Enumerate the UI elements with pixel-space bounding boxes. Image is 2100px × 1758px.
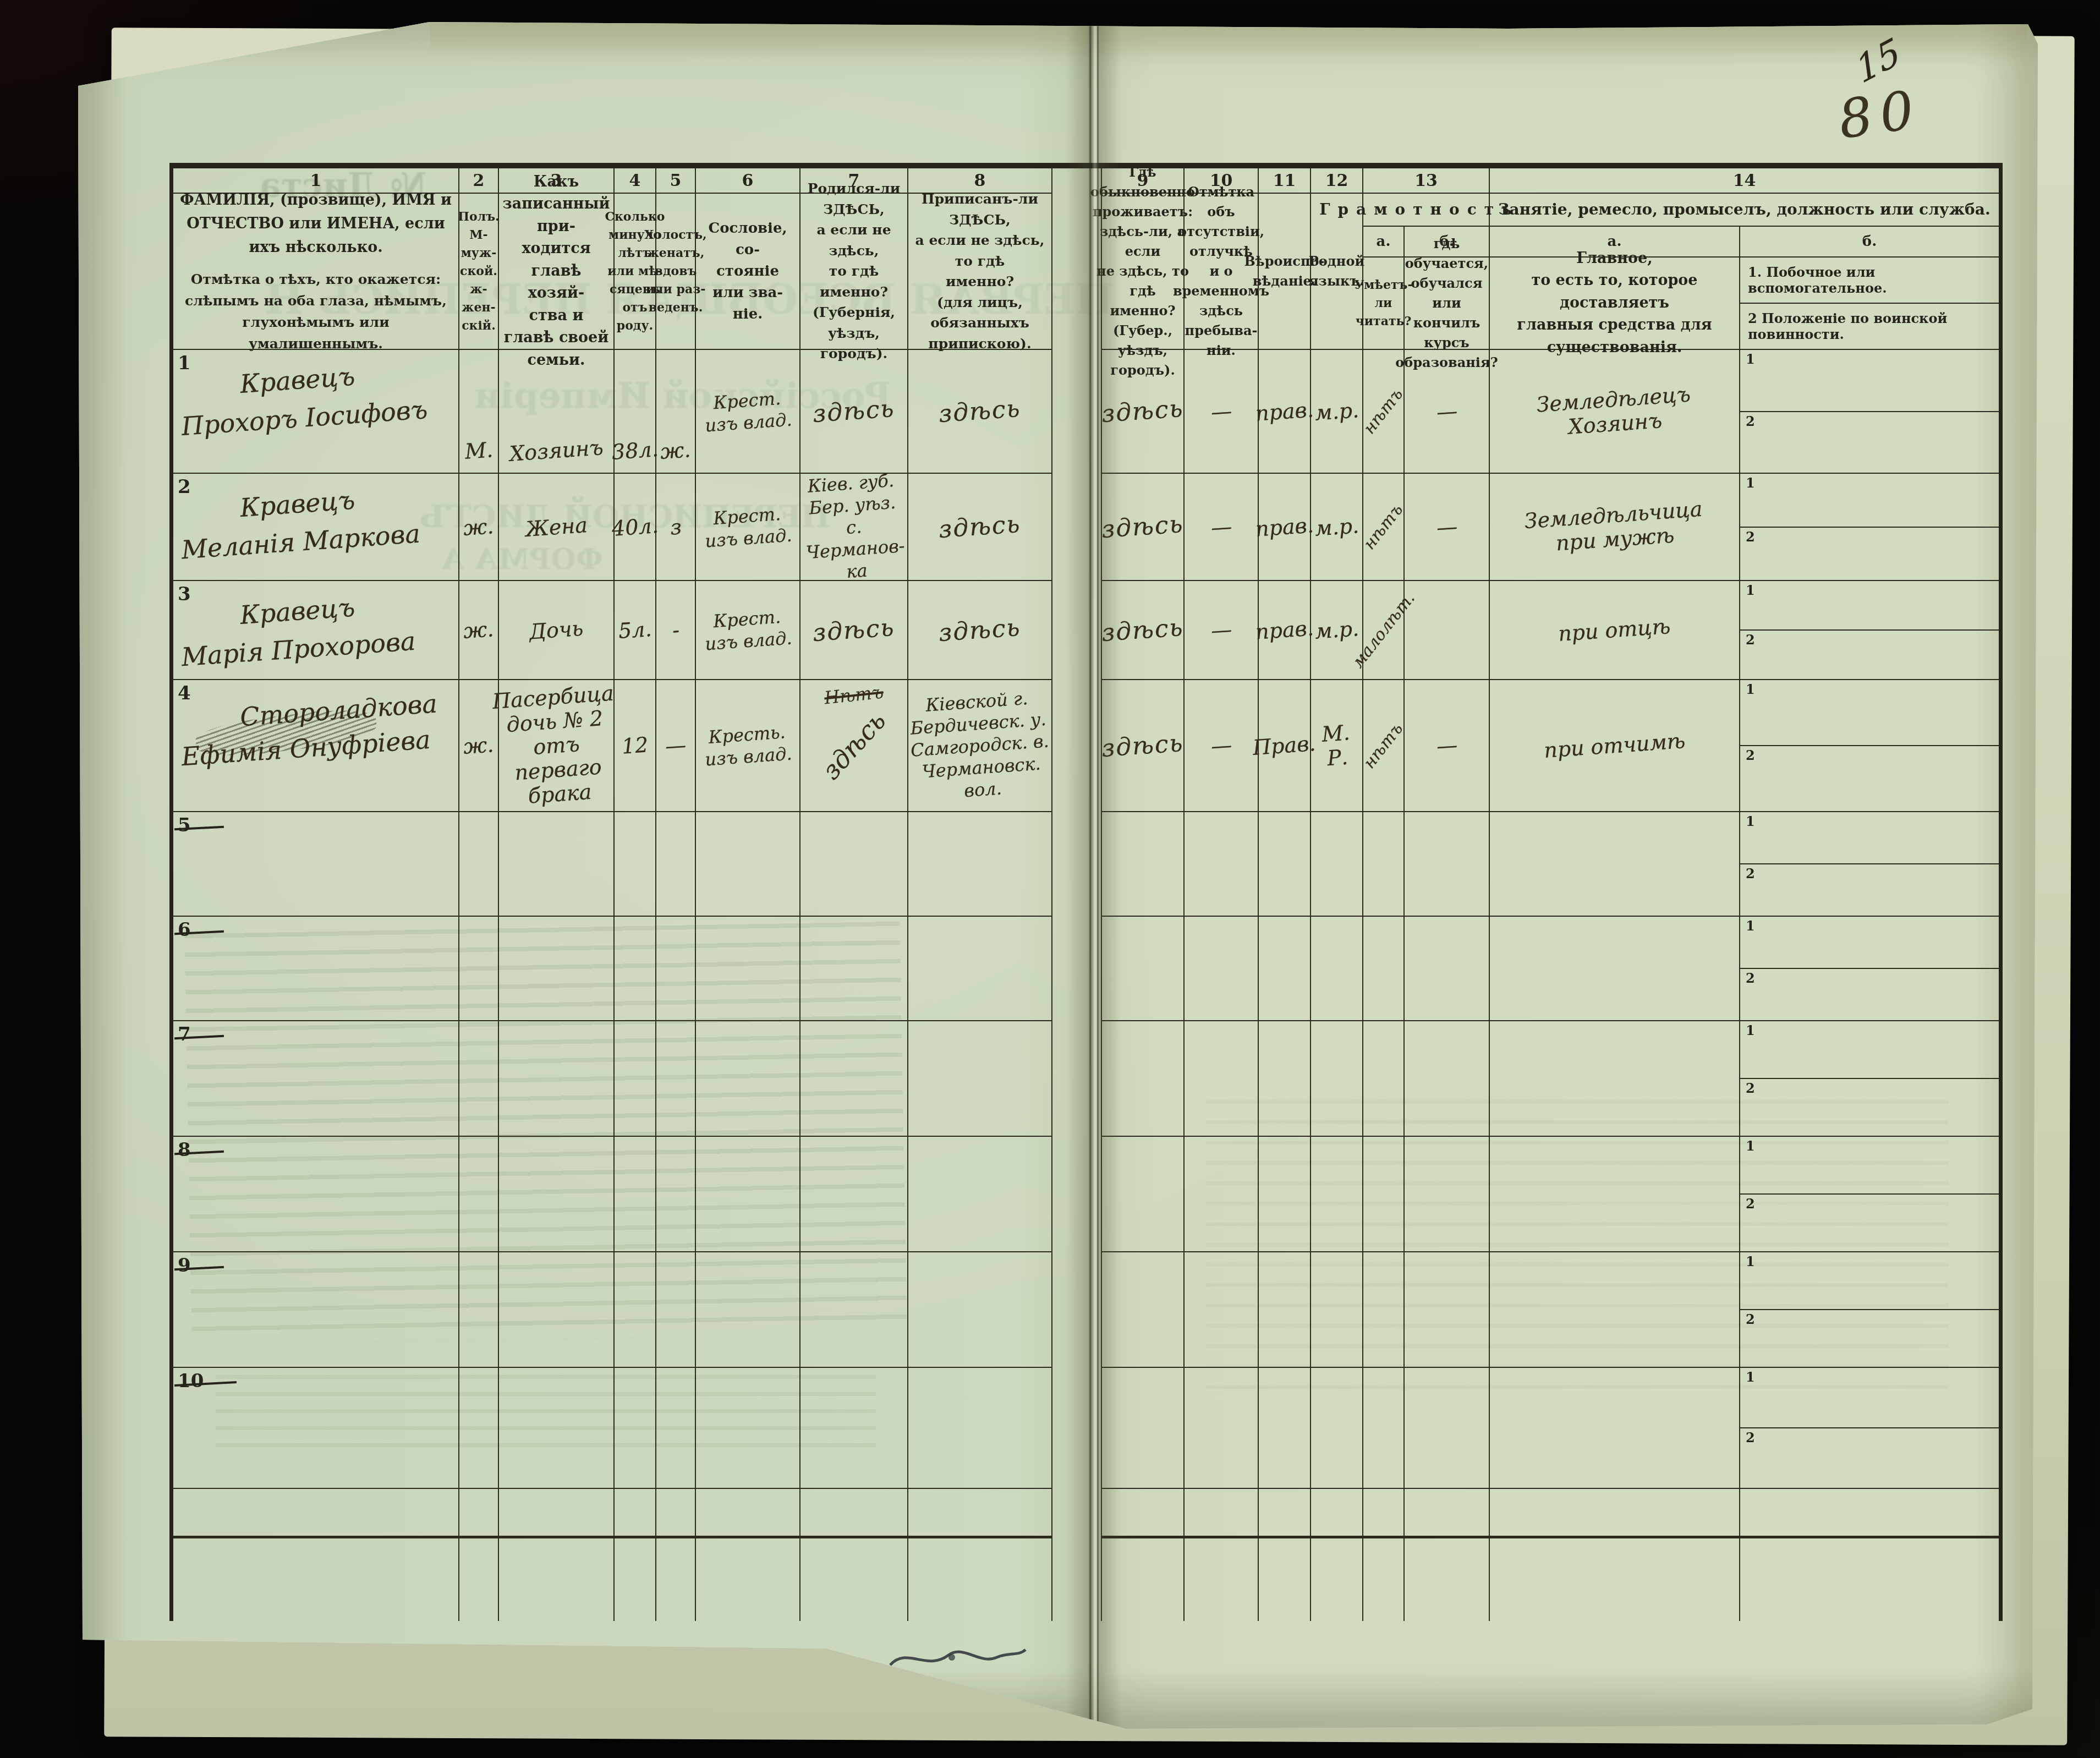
- cell-language: [1311, 917, 1363, 1021]
- empty-tail-cell: [615, 1489, 656, 1538]
- cell-education: [1405, 812, 1490, 917]
- header-registration: Приписанъ-ли ЗДѢСЬ, а если не здѣсь, то …: [908, 194, 1052, 350]
- name-line: [173, 831, 182, 839]
- cell-birthplace: Нѣтъздѣсь: [800, 680, 908, 812]
- col-number: 14: [1490, 168, 1999, 194]
- cell-language: [1311, 1252, 1363, 1368]
- fold-gap: [1052, 1252, 1102, 1368]
- cell-literacy: [1363, 812, 1405, 917]
- cell-relation: [499, 1137, 615, 1252]
- cell-literacy: [1363, 917, 1405, 1021]
- cell-estate-text: Крест. изъ влад.: [703, 502, 792, 552]
- cell-faith: [1259, 1137, 1311, 1252]
- table-edge-stub: [800, 1538, 908, 1621]
- empty-tail-cell: [1311, 1489, 1363, 1538]
- fold-gap: [1052, 1021, 1102, 1137]
- cell-occupation: при отчимѣ: [1490, 680, 1740, 812]
- occupation-sub-row: 1: [1740, 474, 1999, 527]
- table-edge-stub: [1185, 1538, 1259, 1621]
- cell-marital: ж.: [656, 350, 696, 474]
- sub-row-number: 1: [1746, 1369, 1755, 1385]
- census-grid: 1 2 3 4 5 6 7 8 9 10 11 12 13 14 ФАМИЛІЯ…: [173, 168, 1999, 1621]
- cell-sex: [459, 1252, 499, 1368]
- cell-literacy: нѣтъ: [1363, 474, 1405, 581]
- cell-absence-text: —: [1210, 514, 1232, 540]
- cell-age: [615, 1368, 656, 1489]
- occupation-sub-row: 2: [1740, 1427, 1999, 1488]
- col-number: 5: [656, 168, 696, 194]
- cell-marital-text: ж.: [660, 437, 692, 464]
- cell-estate: [696, 812, 800, 917]
- cell-age: [615, 1252, 656, 1368]
- cell-language-text: м.р.: [1314, 513, 1359, 540]
- cell-language: [1311, 1368, 1363, 1489]
- cell-marital: —: [656, 680, 696, 812]
- occupation-sub-row: 1: [1740, 350, 1999, 411]
- cell-faith: Прав.: [1259, 680, 1311, 812]
- cell-relation: [499, 917, 615, 1021]
- col-number: 2: [459, 168, 499, 194]
- cell-estate: Крест. изъ влад.: [696, 581, 800, 680]
- cell-education: —: [1405, 680, 1490, 812]
- scanned-census-sheet: { "page": { "page_number": "80", "corner…: [0, 0, 2100, 1758]
- header-sex: Полъ. М-муж- ской. ж-жен- скій.: [459, 194, 499, 350]
- cell-faith: [1259, 917, 1311, 1021]
- cell-absence: —: [1185, 680, 1259, 812]
- header-occupation-a: Главное, то есть то, которое доставляетъ…: [1490, 258, 1740, 350]
- occupation-sub-row: 2: [1740, 411, 1999, 473]
- occupation-sub-row: 1: [1740, 1368, 1999, 1427]
- cell-birthplace: [800, 812, 908, 917]
- sub-row-number: 1: [1746, 1138, 1755, 1154]
- cell-marital: [656, 812, 696, 917]
- cell-marital: -: [656, 581, 696, 680]
- occupation-sub-row: 1: [1740, 917, 1999, 968]
- cell-residence: [1102, 1137, 1185, 1252]
- cell-literacy: малолѣт.: [1363, 581, 1405, 680]
- cell-name: 9: [173, 1252, 459, 1368]
- cell-birthplace: [800, 1137, 908, 1252]
- cell-marital: [656, 917, 696, 1021]
- cell-birthplace: [800, 917, 908, 1021]
- cell-education-text: —: [1435, 398, 1458, 424]
- cell-language: м.р.: [1311, 350, 1363, 474]
- cell-residence: [1102, 1021, 1185, 1137]
- sub-row-number: 2: [1746, 1311, 1755, 1327]
- cell-age-text: 40л.: [611, 513, 659, 541]
- cell-marital-text: -: [671, 618, 680, 643]
- cell-absence: [1185, 1137, 1259, 1252]
- birthplace-text: здѣсь: [816, 706, 892, 785]
- cell-name: 8: [173, 1137, 459, 1252]
- cell-occupation-text: Земледѣльчица при мужѣ: [1524, 496, 1705, 557]
- sub-row-number: 1: [1746, 351, 1755, 367]
- cell-birthplace: Кіев. губ. Бер. уѣз. с. Черманов- ка: [800, 474, 908, 581]
- cell-age-text: 38л.: [611, 437, 659, 464]
- fold-gap: [1052, 680, 1102, 812]
- literacy-text: нѣтъ: [1360, 385, 1407, 437]
- header-name-line1: ФАМИЛІЯ, (прозвище), ИМЯ и ОТЧЕСТВО или …: [178, 188, 454, 260]
- cell-sex-text: ж.: [463, 514, 495, 540]
- registration-text: здѣсь: [938, 510, 1022, 544]
- cell-age: [615, 812, 656, 917]
- cell-name: 6: [173, 917, 459, 1021]
- name-line: [173, 1040, 182, 1048]
- header-occupation-b1: 1. Побочное или вспомогательное.: [1740, 258, 1999, 303]
- cell-residence-text: здѣсь: [1101, 729, 1185, 762]
- cell-literacy: нѣтъ: [1363, 680, 1405, 812]
- cell-education: [1405, 1252, 1490, 1368]
- cell-estate: [696, 1021, 800, 1137]
- sub-row-number: 2: [1746, 413, 1755, 429]
- cell-residence-text: здѣсь: [1101, 613, 1185, 647]
- cell-age: [615, 917, 656, 1021]
- occupation-sub-row: 1: [1740, 1137, 1999, 1193]
- cell-marital: [656, 1252, 696, 1368]
- cell-residence: [1102, 812, 1185, 917]
- cell-education: [1405, 581, 1490, 680]
- cell-relation: [499, 1021, 615, 1137]
- cell-name: 1КравецъПрохоръ Іосифовъ: [173, 350, 459, 474]
- cell-faith: прав.: [1259, 474, 1311, 581]
- cell-faith: [1259, 1021, 1311, 1137]
- cell-birthplace: [800, 1252, 908, 1368]
- sub-row-number: 2: [1746, 747, 1755, 763]
- cell-birthplace: [800, 1368, 908, 1489]
- cell-occupation-secondary: 12: [1740, 812, 1999, 917]
- cell-occupation-secondary: 12: [1740, 680, 1999, 812]
- cell-language: [1311, 1137, 1363, 1252]
- sub-row-number: 2: [1746, 1196, 1755, 1212]
- empty-tail-cell: [1363, 1489, 1405, 1538]
- empty-tail-cell: [1490, 1489, 1740, 1538]
- literacy-text: нѣтъ: [1360, 719, 1407, 772]
- col-number: 6: [696, 168, 800, 194]
- paper-spread: № ЛистаПЕРВАЯ ВСЕОБЩАЯ ПЕРЕПИСЬ НРоссійс…: [78, 19, 2038, 1734]
- header-relation: Какъ записанный при- ходится главѣ хозяй…: [499, 194, 615, 350]
- cell-estate: Крест. изъ влад.: [696, 350, 800, 474]
- cell-language-text: М. Р.: [1309, 720, 1364, 771]
- cell-literacy: [1363, 1137, 1405, 1252]
- cell-residence-text: здѣсь: [1101, 510, 1185, 544]
- cell-literacy: нѣтъ: [1363, 350, 1405, 474]
- occupation-sub-row: 2: [1740, 968, 1999, 1020]
- cell-name: 3КравецъМарія Прохорова: [173, 581, 459, 680]
- page-number: 80: [1835, 78, 1925, 151]
- cell-language-text: м.р.: [1314, 616, 1359, 643]
- cell-sex-text: ж.: [463, 617, 495, 643]
- occupation-sub-row: 1: [1740, 1252, 1999, 1309]
- cell-registration: [908, 1021, 1052, 1137]
- cell-literacy: [1363, 1021, 1405, 1137]
- fold-gap: [1052, 581, 1102, 680]
- occupation-sub-row: 2: [1740, 629, 1999, 679]
- sub-row-number: 1: [1746, 582, 1755, 598]
- cell-age: [615, 1021, 656, 1137]
- empty-tail-cell: [1740, 1489, 1999, 1538]
- cell-language: [1311, 1021, 1363, 1137]
- sub-row-number: 2: [1746, 529, 1755, 545]
- cell-relation: Жена: [499, 474, 615, 581]
- cell-occupation-text: при отчимѣ: [1543, 729, 1686, 763]
- cell-occupation: [1490, 1368, 1740, 1489]
- sub-row-number: 2: [1746, 970, 1755, 986]
- empty-tail-cell: [696, 1489, 800, 1538]
- table-edge-stub: [1490, 1538, 1740, 1621]
- header-occupation-b: 1. Побочное или вспомогательное. 2 Полож…: [1740, 258, 1999, 350]
- cell-sex: [459, 1368, 499, 1489]
- table-edge-stub: [1405, 1538, 1490, 1621]
- cell-occupation-text: Земледѣлецъ Хозяинъ: [1536, 382, 1693, 441]
- table-edge-stub: [459, 1538, 499, 1621]
- cell-occupation: Земледѣльчица при мужѣ: [1490, 474, 1740, 581]
- cell-age: [615, 1137, 656, 1252]
- cell-registration: здѣсь: [908, 581, 1052, 680]
- cell-absence: [1185, 812, 1259, 917]
- cell-age: 38л.: [615, 350, 656, 474]
- header-occupation-b2: 2 Положеніе по воинской повинности.: [1740, 303, 1999, 349]
- cell-registration: здѣсь: [908, 350, 1052, 474]
- cell-faith: прав.: [1259, 350, 1311, 474]
- col-number: 13: [1363, 168, 1490, 194]
- cell-residence: здѣсь: [1102, 350, 1185, 474]
- birthplace-text: Кіев. губ. Бер. уѣз. с. Черманов- ка: [797, 468, 911, 585]
- cell-marital-text: з: [669, 514, 682, 539]
- name-line: [173, 935, 182, 944]
- fold-gap: [1052, 812, 1102, 917]
- cell-relation: [499, 812, 615, 917]
- cell-faith-text: прав.: [1254, 513, 1314, 541]
- fold-gap: [1052, 350, 1102, 474]
- cell-residence: [1102, 1252, 1185, 1368]
- cell-faith-text: Прав.: [1252, 731, 1317, 760]
- cell-sex: ж.: [459, 474, 499, 581]
- cell-education: —: [1405, 474, 1490, 581]
- name-line: [173, 1271, 182, 1279]
- occupation-sub-row: 2: [1740, 863, 1999, 916]
- registration-text: Кіевской г. Бердичевск. у. Самгородск. в…: [907, 686, 1052, 805]
- name-line: [173, 1250, 240, 1273]
- occupation-sub-row: 2: [1740, 527, 1999, 580]
- cell-occupation: [1490, 1021, 1740, 1137]
- table-edge-stub: [1052, 1538, 1102, 1621]
- cell-literacy: [1363, 1252, 1405, 1368]
- cell-relation-text: Пасербица дочь № 2 отъ перваго брака: [491, 681, 621, 810]
- table-edge-stub: [908, 1538, 1052, 1621]
- cell-registration: [908, 812, 1052, 917]
- cell-sex: [459, 1137, 499, 1252]
- cell-education: [1405, 1137, 1490, 1252]
- cell-age-text: 5л.: [617, 617, 652, 643]
- cell-sex: [459, 917, 499, 1021]
- cell-sex: [459, 812, 499, 917]
- cell-absence: [1185, 1368, 1259, 1489]
- registration-text: здѣсь: [938, 395, 1022, 428]
- fold-gap: [1052, 474, 1102, 581]
- occupation-sub-row: 2: [1740, 745, 1999, 811]
- table-edge-stub: [696, 1538, 800, 1621]
- cell-occupation-text: при отцѣ: [1558, 614, 1671, 646]
- cell-language: м.р.: [1311, 474, 1363, 581]
- occupation-sub-row: 2: [1740, 1309, 1999, 1367]
- cell-marital: з: [656, 474, 696, 581]
- cell-registration: [908, 1368, 1052, 1489]
- cell-absence: [1185, 1021, 1259, 1137]
- cell-name: 2КравецъМеланія Маркова: [173, 474, 459, 581]
- cell-relation-text: Хозяинъ: [508, 435, 604, 466]
- table-edge-stub: [1311, 1538, 1363, 1621]
- header-estate: Сословіе, со- стояніе или зва- ніе.: [696, 194, 800, 350]
- name-line: [173, 1135, 240, 1158]
- cell-registration: [908, 917, 1052, 1021]
- cell-estate-text: Крест. изъ влад.: [703, 605, 792, 655]
- fold-gap: [1052, 1368, 1102, 1489]
- cell-residence: здѣсь: [1102, 680, 1185, 812]
- cell-registration: здѣсь: [908, 474, 1052, 581]
- name-line: [173, 1019, 240, 1042]
- cell-sex: [459, 1021, 499, 1137]
- cell-absence-text: —: [1210, 733, 1232, 759]
- sub-row-number: 2: [1746, 866, 1755, 881]
- census-table: 1 2 3 4 5 6 7 8 9 10 11 12 13 14 ФАМИЛІЯ…: [169, 163, 2003, 1621]
- empty-tail-cell: [1052, 1489, 1102, 1538]
- empty-tail-cell: [1405, 1489, 1490, 1538]
- header-literacy-b: гдѣ обучается, обучался или кончилъ курс…: [1405, 258, 1490, 350]
- empty-tail-cell: [1102, 1489, 1185, 1538]
- cell-birthplace: [800, 1021, 908, 1137]
- cell-estate: [696, 917, 800, 1021]
- occupation-sub-row: 1: [1740, 680, 1999, 745]
- paper-top-edge: [430, 23, 2028, 59]
- cell-estate: [696, 1252, 800, 1368]
- empty-tail-cell: [499, 1489, 615, 1538]
- header-name-line2: Отмѣтка о тѣхъ, кто окажется: слѣпымъ на…: [178, 269, 454, 354]
- cell-age-text: 12: [621, 732, 649, 758]
- cell-absence: [1185, 1252, 1259, 1368]
- cell-age: 12: [615, 680, 656, 812]
- cell-education: [1405, 1021, 1490, 1137]
- cell-registration: [908, 1252, 1052, 1368]
- empty-tail-cell: [656, 1489, 696, 1538]
- cell-faith: [1259, 1368, 1311, 1489]
- cell-absence-text: —: [1210, 617, 1232, 643]
- sub-row-number: 1: [1746, 475, 1755, 491]
- cell-sex-text: ж.: [463, 732, 495, 759]
- cell-occupation: [1490, 917, 1740, 1021]
- cell-occupation-secondary: 12: [1740, 1368, 1999, 1489]
- cell-occupation: [1490, 1252, 1740, 1368]
- cell-residence: здѣсь: [1102, 581, 1185, 680]
- name-line: [173, 1366, 240, 1389]
- cell-faith: [1259, 1252, 1311, 1368]
- col-number: 4: [615, 168, 656, 194]
- sub-row-number: 2: [1746, 632, 1755, 648]
- table-edge-stub: [1259, 1538, 1311, 1621]
- cell-residence: здѣсь: [1102, 474, 1185, 581]
- cell-sex-text: М.: [464, 437, 494, 463]
- cell-faith-text: прав.: [1254, 616, 1314, 644]
- cell-faith: [1259, 812, 1311, 917]
- table-edge-stub: [499, 1538, 615, 1621]
- cell-education: —: [1405, 350, 1490, 474]
- table-edge-stub: [615, 1538, 656, 1621]
- table-edge-stub: [1363, 1538, 1405, 1621]
- cell-relation-text: Дочь: [529, 616, 584, 644]
- cell-language-text: м.р.: [1314, 398, 1359, 425]
- header-birthplace: Родился-ли ЗДѢСЬ, а если не здѣсь, то гд…: [800, 194, 908, 350]
- cell-marital: [656, 1021, 696, 1137]
- header-faith: Вѣроиспо- вѣданіе.: [1259, 194, 1311, 350]
- sub-row-number: 1: [1746, 1253, 1755, 1269]
- birthplace-text: здѣсь: [812, 395, 896, 428]
- table-edge-stub: [1102, 1538, 1185, 1621]
- table-edge-stub: [173, 1538, 459, 1621]
- cell-residence: [1102, 917, 1185, 1021]
- table-edge-stub: [1740, 1538, 1999, 1621]
- fold-gap: [1052, 1137, 1102, 1252]
- cell-estate: [696, 1368, 800, 1489]
- cell-occupation: Земледѣлецъ Хозяинъ: [1490, 350, 1740, 474]
- cell-marital: [656, 1368, 696, 1489]
- cell-education-text: —: [1435, 733, 1458, 759]
- cell-occupation: при отцѣ: [1490, 581, 1740, 680]
- col-number: 12: [1311, 168, 1363, 194]
- sub-row-number: 1: [1746, 1022, 1755, 1038]
- cell-language: [1311, 812, 1363, 917]
- cell-occupation: [1490, 1137, 1740, 1252]
- name-line: Кравецъ: [172, 344, 355, 403]
- cell-relation: [499, 1252, 615, 1368]
- cell-name: 7: [173, 1021, 459, 1137]
- cell-age: 5л.: [615, 581, 656, 680]
- sub-row-number: 1: [1746, 813, 1755, 829]
- cell-name: 4СтороладковаЕфимія Онуфріева: [173, 680, 459, 812]
- cell-literacy: [1363, 1368, 1405, 1489]
- cell-education: [1405, 1368, 1490, 1489]
- cell-absence: —: [1185, 350, 1259, 474]
- sub-row-number: 1: [1746, 681, 1755, 697]
- name-line: [173, 810, 240, 833]
- cell-estate: Крест. изъ влад.: [696, 474, 800, 581]
- cell-occupation-secondary: 12: [1740, 917, 1999, 1021]
- occupation-sub-row: 1: [1740, 581, 1999, 629]
- cell-age: 40л.: [615, 474, 656, 581]
- cell-occupation-secondary: 12: [1740, 1252, 1999, 1368]
- cell-faith: прав.: [1259, 581, 1311, 680]
- header-marital: Холостъ, женатъ, вдовъ или раз- веденъ.: [656, 194, 696, 350]
- cell-occupation-secondary: 12: [1740, 1137, 1999, 1252]
- cell-marital-text: —: [665, 733, 687, 759]
- cell-language: М. Р.: [1311, 680, 1363, 812]
- cell-registration: Кіевской г. Бердичевск. у. Самгородск. в…: [908, 680, 1052, 812]
- name-line: [173, 1387, 182, 1395]
- cell-occupation: [1490, 812, 1740, 917]
- cell-occupation-secondary: 12: [1740, 581, 1999, 680]
- cell-relation: [499, 1368, 615, 1489]
- header-name-column: ФАМИЛІЯ, (прозвище), ИМЯ и ОТЧЕСТВО или …: [173, 194, 459, 350]
- cell-absence-text: —: [1210, 398, 1232, 424]
- cell-estate-text: Крест. изъ влад.: [703, 386, 792, 436]
- cell-education: [1405, 917, 1490, 1021]
- sub-row-number: 2: [1746, 1430, 1755, 1445]
- header-occupation-b-label: б.: [1740, 227, 1999, 258]
- occupation-sub-row: 2: [1740, 1078, 1999, 1136]
- cell-name: 10: [173, 1368, 459, 1489]
- occupation-sub-row: 1: [1740, 812, 1999, 863]
- header-occupation-title: Занятіе, ремесло, промыселъ, должность и…: [1490, 194, 1999, 227]
- cell-absence: —: [1185, 474, 1259, 581]
- empty-tail-cell: [800, 1489, 908, 1538]
